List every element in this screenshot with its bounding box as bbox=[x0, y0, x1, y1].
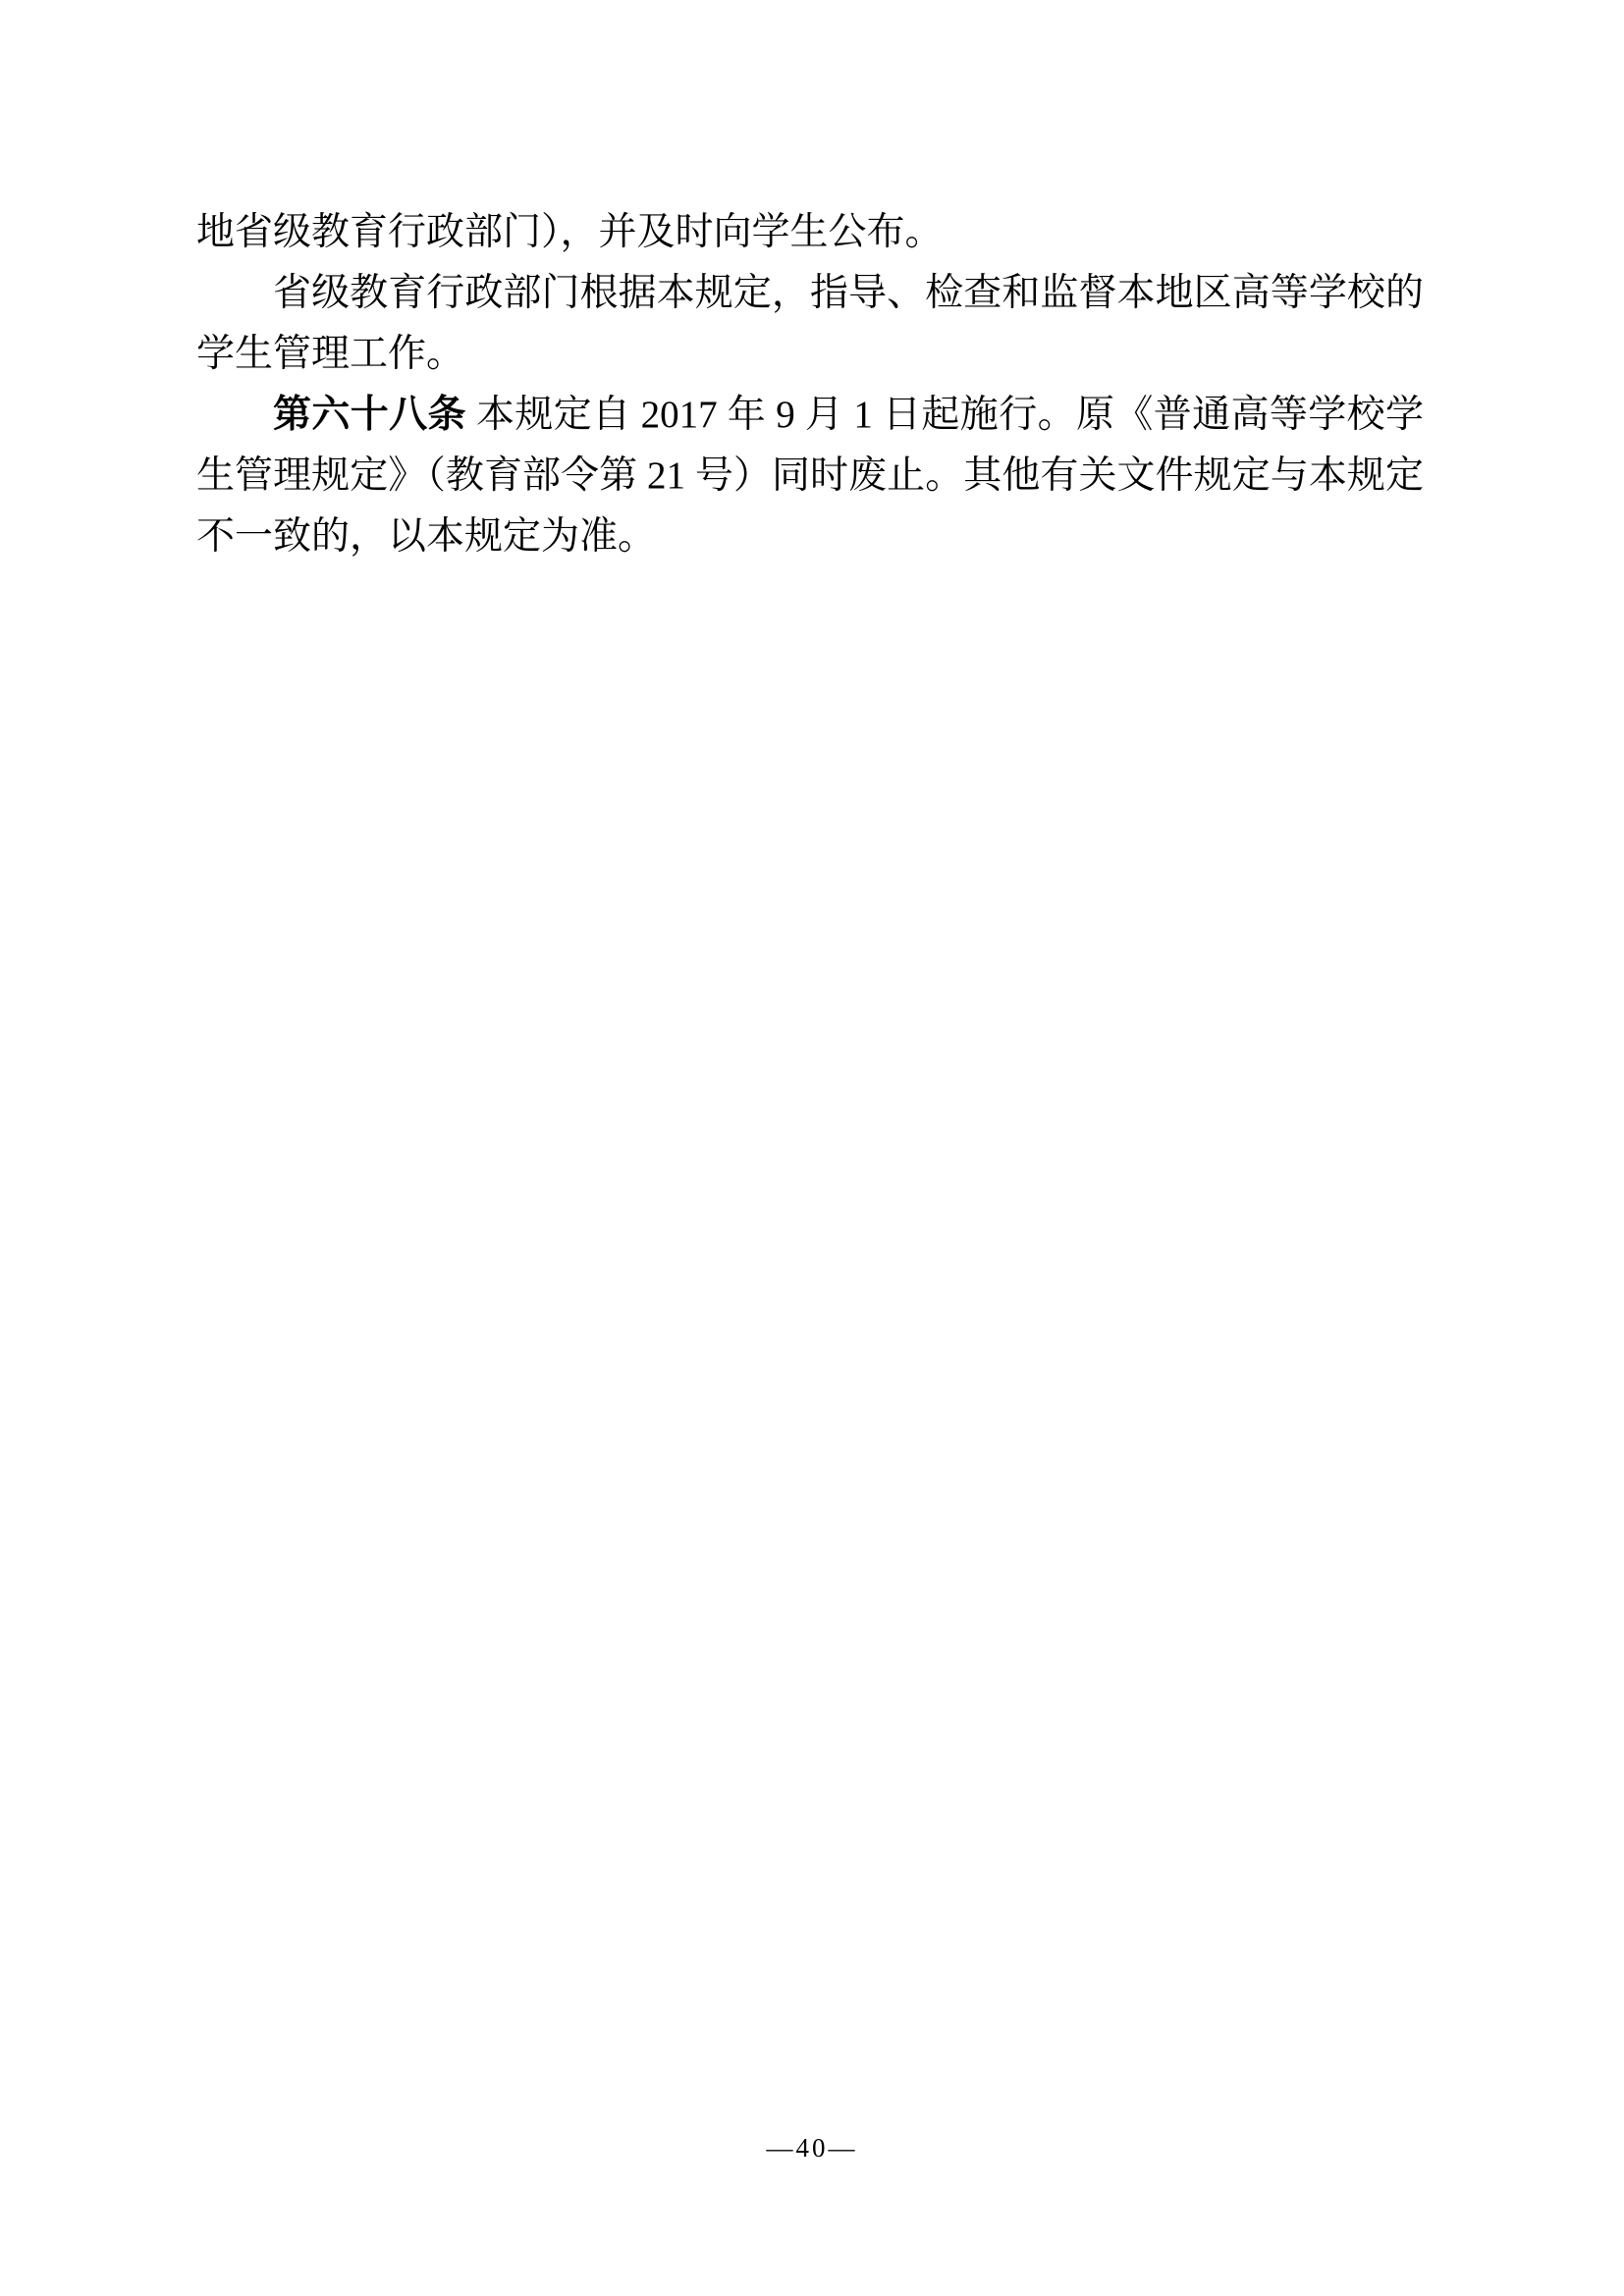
body-line-4-text: 本规定自 2017 年 9 月 1 日起施行。原《普通高等学校学 bbox=[466, 394, 1424, 436]
page-number: —40— bbox=[0, 2128, 1624, 2167]
body-line-2: 省级教育行政部门根据本规定，指导、检查和监督本地区高等学校的 bbox=[196, 263, 1424, 324]
body-line-6: 不一致的，以本规定为准。 bbox=[196, 507, 1424, 567]
body-line-5: 生管理规定》（教育部令第 21 号）同时废止。其他有关文件规定与本规定 bbox=[196, 446, 1424, 507]
body-line-3: 学生管理工作。 bbox=[196, 324, 1424, 385]
document-page: 地省级教育行政部门），并及时向学生公布。 省级教育行政部门根据本规定，指导、检查… bbox=[0, 0, 1624, 2296]
body-line-1: 地省级教育行政部门），并及时向学生公布。 bbox=[196, 202, 1424, 263]
body-line-4: 第六十八条 本规定自 2017 年 9 月 1 日起施行。原《普通高等学校学 bbox=[196, 385, 1424, 446]
article-number-heading: 第六十八条 bbox=[273, 394, 466, 436]
body-text-block: 地省级教育行政部门），并及时向学生公布。 省级教育行政部门根据本规定，指导、检查… bbox=[196, 202, 1424, 567]
